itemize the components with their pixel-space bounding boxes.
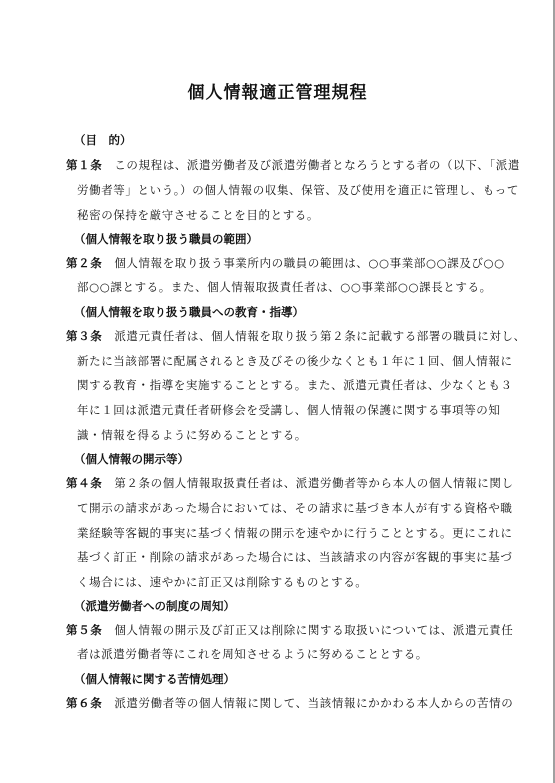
article-3-heading: （個人情報を取り扱う職員への教育・指導） xyxy=(74,304,304,320)
article-2-line-2: 部○○課とする。また、個人情報取扱責任者は、○○事業部○○課長とする。 xyxy=(77,279,492,295)
article-4-line-4: 基づく訂正・削除の請求があった場合には、当該請求の内容が客観的事実に基づ xyxy=(77,549,512,565)
article-5-line-1: 第５条個人情報の開示及び訂正又は削除に関する取扱いについては、派遣元責任 xyxy=(66,622,513,638)
article-1-line-3: 秘密の保持を厳守させることを目的とする。 xyxy=(77,207,319,223)
document-title: 個人情報適正管理規程 xyxy=(0,78,555,103)
article-4-line-5: く場合には、速やかに訂正又は削除するものとする。 xyxy=(77,574,367,590)
article-4-line-3: 業経験等客観的事実に基づく情報の開示を速やかに行うこととする。更にこれに xyxy=(77,525,513,541)
article-6-heading: （個人情報に関する苦情処理） xyxy=(74,671,235,687)
article-4-line-2: て開示の請求があった場合においては、その請求に基づき本人が有する資格や職 xyxy=(77,500,512,516)
article-1-number: 第１条 xyxy=(66,158,102,172)
article-5-heading: （派遣労働者への制度の周知） xyxy=(74,598,235,614)
article-3-line-2: 新たに当該部署に配属されるとき及びその後少なくとも１年に１回、個人情報に xyxy=(77,353,513,369)
article-1-line-2: 労働者等」という。）の個人情報の収集、保管、及び使用を適正に管理し、もって xyxy=(77,182,519,198)
article-3-line-4: 年に１回は派遣元責任者研修会を受講し、個人情報の保護に関する事項等の知 xyxy=(77,402,501,418)
article-2-heading: （個人情報を取り扱う職員の範囲） xyxy=(74,231,258,247)
article-3-line-5: 識・情報を得るように努めることとする。 xyxy=(77,427,307,443)
article-3-line-3: 関する教育・指導を実施することとする。また、派遣元責任者は、少なくとも３ xyxy=(77,377,513,393)
article-4-number: 第４条 xyxy=(66,476,102,490)
article-2-line-1: 第２条個人情報を取り扱う事業所内の職員の範囲は、○○事業部○○課及び○○ xyxy=(66,255,505,271)
article-6-line-1: 第６条派遣労働者等の個人情報に関して、当該情報にかかわる本人からの苦情の xyxy=(66,695,513,711)
article-5-number: 第５条 xyxy=(66,623,102,637)
article-4-line-1: 第４条第２条の個人情報取扱責任者は、派遣労働者等から本人の個人情報に関し xyxy=(66,475,514,491)
article-6-number: 第６条 xyxy=(66,696,102,710)
article-3-line-1: 第３条派遣元責任者は、個人情報を取り扱う第２条に記載する部署の職員に対し、 xyxy=(66,328,526,344)
article-1-line-1: 第１条この規程は、派遣労働者及び派遣労働者となろうとする者の（以下、「派遣 xyxy=(66,157,520,173)
article-1-heading: （目 的） xyxy=(74,132,132,148)
article-2-number: 第２条 xyxy=(66,256,102,270)
article-3-number: 第３条 xyxy=(66,329,102,343)
article-4-heading: （個人情報の開示等） xyxy=(74,451,189,467)
article-5-line-2: 者は派遣労働者等にこれを周知させるように努めることとする。 xyxy=(77,646,428,662)
